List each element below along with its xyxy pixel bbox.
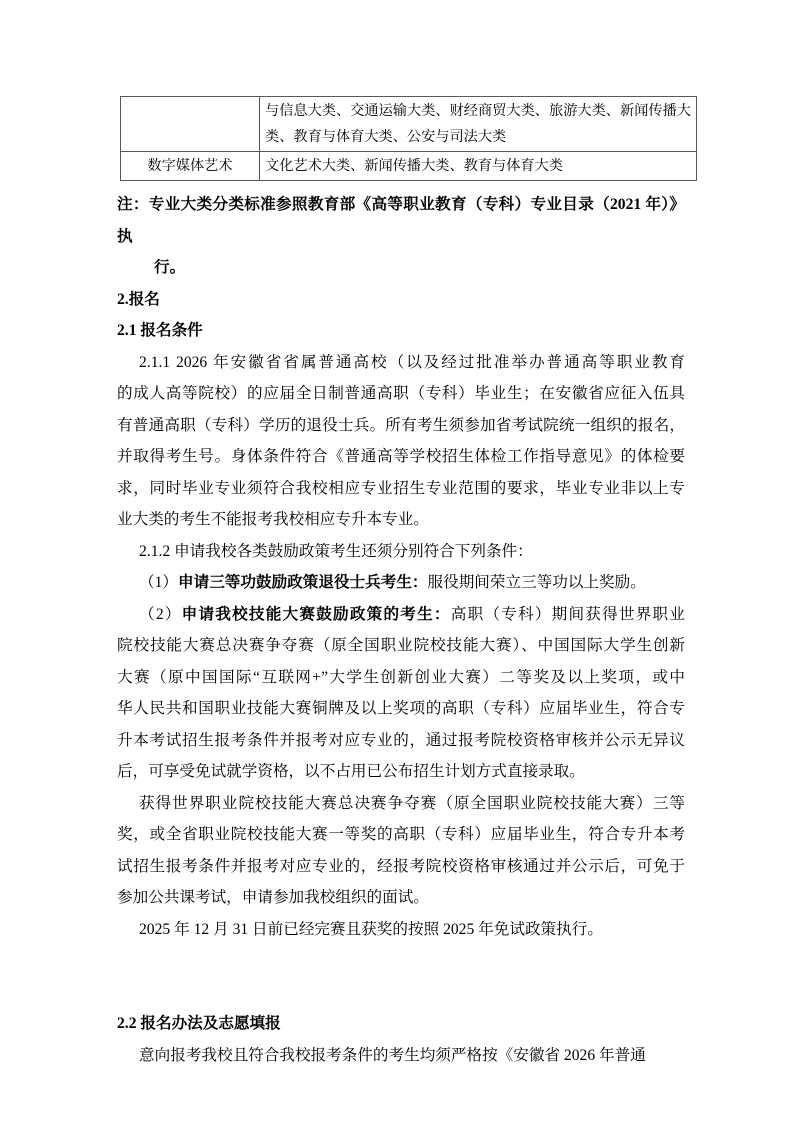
text-line: 华人民共和国职业技能大赛铜牌及以上奖项的高职（专科）应届毕业生，符合专	[117, 693, 685, 725]
section-heading-2: 2.报名	[117, 284, 685, 316]
paragraph-2-1-2: 2.1.2 申请我校各类鼓励政策考生还须分别符合下列条件：	[117, 536, 685, 568]
text-line: 参加公共课考试，申请参加我校组织的面试。	[117, 882, 685, 914]
blank-space	[117, 945, 685, 1008]
document-body: 注：专业大类分类标准参照教育部《高等职业教育（专科）专业目录（2021 年）》执…	[0, 189, 800, 1071]
major-name-cell	[121, 97, 260, 152]
item-1-label: 申请三等功鼓励政策退役士兵考生：	[178, 574, 428, 591]
note-line-2: 行。	[154, 252, 685, 284]
item-2-continuation: 院校技能大赛总决赛争夺赛（原全国职业院校技能大赛）、中国国际大学生创新大赛（原中…	[117, 630, 685, 788]
major-name-cell: 数字媒体艺术	[121, 152, 260, 181]
item-2-first-line: （2）申请我校技能大赛鼓励政策的考生：高职（专科）期间获得世界职业	[117, 599, 685, 631]
section-heading-2-1: 2.1 报名条件	[117, 315, 685, 347]
major-category-table: 与信息大类、交通运输大类、财经商贸大类、旅游大类、新闻传播大类、教育与体育大类、…	[120, 96, 697, 181]
note-line-1: 注：专业大类分类标准参照教育部《高等职业教育（专科）专业目录（2021 年）》执	[117, 189, 685, 252]
text-line: 大赛（原中国国际“互联网+”大学生创新创业大赛）二等奖及以上奖项，或中	[117, 662, 685, 694]
text-line: 类、教育与体育大类、公安与司法大类	[265, 124, 691, 150]
text-line: 院校技能大赛总决赛争夺赛（原全国职业院校技能大赛）、中国国际大学生创新	[117, 630, 685, 662]
table-row: 与信息大类、交通运输大类、财经商贸大类、旅游大类、新闻传播大类、教育与体育大类、…	[121, 97, 697, 152]
text-line: 奖，或全省职业院校技能大赛一等奖的高职（专科）应届毕业生，符合专升本考	[117, 819, 685, 851]
text-line: 与信息大类、交通运输大类、财经商贸大类、旅游大类、新闻传播大	[265, 98, 691, 124]
text-line: 升本考试招生报考条件并报考对应专业的，通过报考院校资格审核并公示无异议	[117, 725, 685, 757]
item-2-text: 高职（专科）期间获得世界职业	[451, 606, 685, 623]
text-line: 后，可享受免试就学资格，以不占用已公布招生计划方式直接录取。	[117, 756, 685, 788]
text-line: 2.1.1 2026 年安徽省省属普通高校（以及经过批准举办普通高等职业教育	[117, 347, 685, 379]
table-note: 注：专业大类分类标准参照教育部《高等职业教育（专科）专业目录（2021 年）》执…	[117, 189, 685, 284]
item-2-number: （2）	[139, 606, 182, 623]
table-row: 数字媒体艺术 文化艺术大类、新闻传播大类、教育与体育大类	[121, 152, 697, 181]
section-heading-2-2: 2.2 报名办法及志愿填报	[117, 1008, 685, 1040]
paragraph-award-exemption: 获得世界职业院校技能大赛总决赛争夺赛（原全国职业院校技能大赛）三等奖，或全省职业…	[117, 788, 685, 914]
allowed-categories-cell: 与信息大类、交通运输大类、财经商贸大类、旅游大类、新闻传播大类、教育与体育大类、…	[260, 97, 697, 152]
paragraph-2025-policy: 2025 年 12 月 31 日前已经完赛且获奖的按照 2025 年免试政策执行…	[117, 914, 685, 946]
text-line: 有普通高职（专科）学历的退役士兵。所有考生须参加省考试院统一组织的报名，	[117, 410, 685, 442]
text-line: 并取得考生号。身体条件符合《普通高等学校招生体检工作指导意见》的体检要	[117, 441, 685, 473]
text-line: 业大类的考生不能报考我校相应专升本专业。	[117, 504, 685, 536]
item-1-text: 服役期间荣立三等功以上奖励。	[428, 574, 646, 591]
paragraph-2-1-1: 2.1.1 2026 年安徽省省属普通高校（以及经过批准举办普通高等职业教育的成…	[117, 347, 685, 536]
allowed-categories-cell: 文化艺术大类、新闻传播大类、教育与体育大类	[260, 152, 697, 181]
item-1-number: （1）	[139, 574, 178, 591]
item-2-label: 申请我校技能大赛鼓励政策的考生：	[182, 606, 451, 623]
text-line: 求，同时毕业专业须符合我校相应专业招生专业范围的要求，毕业专业非以上专	[117, 473, 685, 505]
text-line: 文化艺术大类、新闻传播大类、教育与体育大类	[265, 153, 691, 179]
policy-item-2: （2）申请我校技能大赛鼓励政策的考生：高职（专科）期间获得世界职业 院校技能大赛…	[117, 599, 685, 788]
document-page: { "colors": { "text": "#000000", "table_…	[0, 0, 800, 1132]
text-line: 的成人高等院校）的应届全日制普通高职（专科）毕业生；在安徽省应征入伍具	[117, 378, 685, 410]
text-line: 试招生报考条件并报考对应专业的，经报考院校资格审核通过并公示后，可免于	[117, 851, 685, 883]
paragraph-intent: 意向报考我校且符合我校报考条件的考生均须严格按《安徽省 2026 年普通	[117, 1040, 685, 1072]
text-line: 获得世界职业院校技能大赛总决赛争夺赛（原全国职业院校技能大赛）三等	[117, 788, 685, 820]
policy-item-1: （1）申请三等功鼓励政策退役士兵考生：服役期间荣立三等功以上奖励。	[117, 567, 685, 599]
